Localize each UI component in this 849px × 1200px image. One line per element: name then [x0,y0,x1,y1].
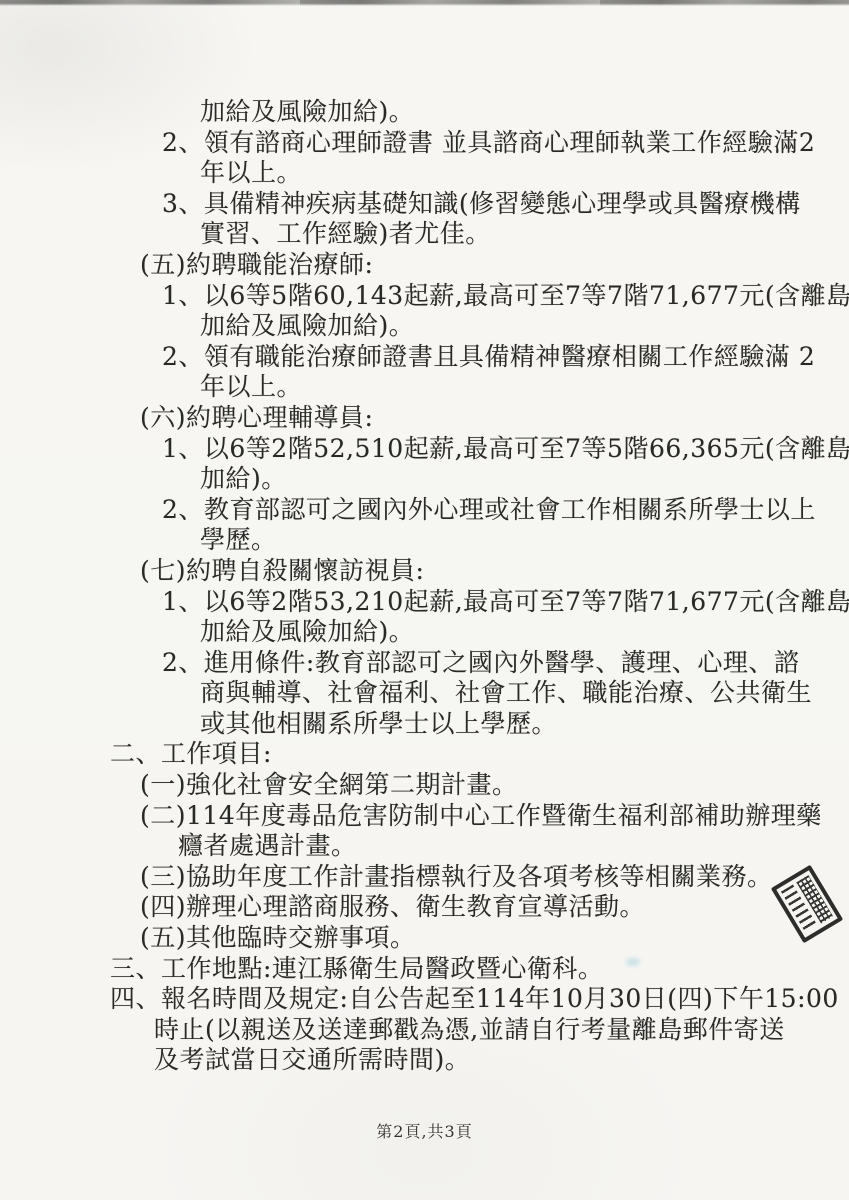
text-line: 加給及風險加給)。 [200,617,819,648]
text-line: 加給及風險加給)。 [200,311,819,342]
text-line: 四、報名時間及規定:自公告起至114年10月30日(四)下午15:00 [110,984,819,1015]
text-line: 2、教育部認可之國內外心理或社會工作相關系所學士以上 [162,495,819,526]
text-line: (七)約聘自殺關懷訪視員: [140,556,819,587]
text-line: 學歷。 [200,525,819,556]
text-line: 商與輔導、社會福利、社會工作、職能治療、公共衛生 [200,678,819,709]
text-line: 實習、工作經驗)者尤佳。 [200,219,819,250]
text-line: 2、進用條件:教育部認可之國內外醫學、護理、心理、諮 [162,648,819,679]
text-line: 年以上。 [200,372,819,403]
text-line: 加給)。 [200,464,819,495]
text-line: 二、工作項目: [110,739,819,770]
text-line: (二)114年度毒品危害防制中心工作暨衛生福利部補助辦理藥 [140,801,819,832]
document-body: 加給及風險加給)。2、領有諮商心理師證書 並具諮商心理師執業工作經驗滿2年以上。… [0,97,849,1076]
text-line: 2、領有諮商心理師證書 並具諮商心理師執業工作經驗滿2 [162,128,819,159]
text-line: (六)約聘心理輔導員: [140,403,819,434]
text-line: (一)強化社會安全網第二期計畫。 [140,770,819,801]
text-line: (三)協助年度工作計畫指標執行及各項考核等相關業務。 [140,862,819,893]
text-line: 1、以6等5階60,143起薪,最高可至7等7階71,677元(含離島 [162,281,819,312]
text-line: 時止(以親送及送達郵戳為憑,並請自行考量離島郵件寄送 [154,1015,819,1046]
text-line: 及考試當日交通所需時間)。 [154,1045,819,1076]
text-line: 癮者處遇計畫。 [178,831,819,862]
text-line: 加給及風險加給)。 [200,97,819,128]
text-line: 三、工作地點:連江縣衛生局醫政暨心衛科。 [110,954,819,985]
scanned-document-page: 加給及風險加給)。2、領有諮商心理師證書 並具諮商心理師執業工作經驗滿2年以上。… [0,0,849,1200]
text-line: (五)其他臨時交辦事項。 [140,923,819,954]
text-line: 年以上。 [200,158,819,189]
text-line: (四)辦理心理諮商服務、衛生教育宣導活動。 [140,892,819,923]
text-line: 2、領有職能治療師證書且具備精神醫療相關工作經驗滿 2 [162,342,819,373]
text-line: 3、具備精神疾病基礎知識(修習變態心理學或具醫療機構 [162,189,819,220]
scan-edge-artifact [0,0,849,6]
text-line: 1、以6等2階52,510起薪,最高可至7等5階66,365元(含離島 [162,434,819,465]
text-line: (五)約聘職能治療師: [140,250,819,281]
page-number-footer: 第2頁,共3頁 [0,1119,849,1142]
text-line: 1、以6等2階53,210起薪,最高可至7等7階71,677元(含離島 [162,587,819,618]
text-line: 或其他相關系所學士以上學歷。 [200,709,819,740]
scan-speck-artifact [626,958,640,966]
